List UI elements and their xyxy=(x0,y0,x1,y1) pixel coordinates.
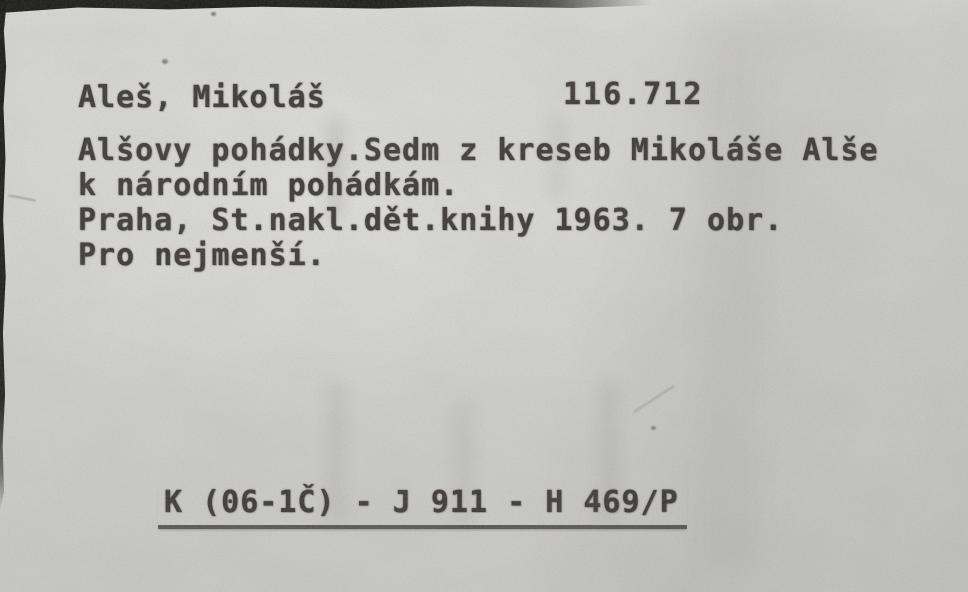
dust-speck xyxy=(651,426,656,430)
title-statement-line: k národním pohádkám. xyxy=(78,168,879,203)
accession-number: 116.712 xyxy=(563,77,703,112)
smudge-mark xyxy=(700,20,760,570)
audience-note-line: Pro nejmenší. xyxy=(78,238,879,273)
scratch-mark xyxy=(633,385,674,413)
dust-speck xyxy=(162,59,168,64)
scan-edge-left xyxy=(0,0,7,512)
scratch-mark xyxy=(8,194,36,201)
dust-speck xyxy=(211,12,216,16)
catalog-card-scan: Aleš, Mikoláš 116.712 Alšovy pohádky.Sed… xyxy=(0,0,968,592)
call-number: K (06-1Č) - J 911 - H 469/P xyxy=(158,485,687,529)
card-body: Alšovy pohádky.Sedm z kreseb Mikoláše Al… xyxy=(78,133,879,273)
imprint-line: Praha, St.nakl.dět.knihy 1963. 7 obr. xyxy=(78,203,879,238)
scan-edge-top xyxy=(0,0,652,13)
title-statement-line: Alšovy pohádky.Sedm z kreseb Mikoláše Al… xyxy=(78,133,879,168)
author-heading: Aleš, Mikoláš xyxy=(78,80,326,115)
